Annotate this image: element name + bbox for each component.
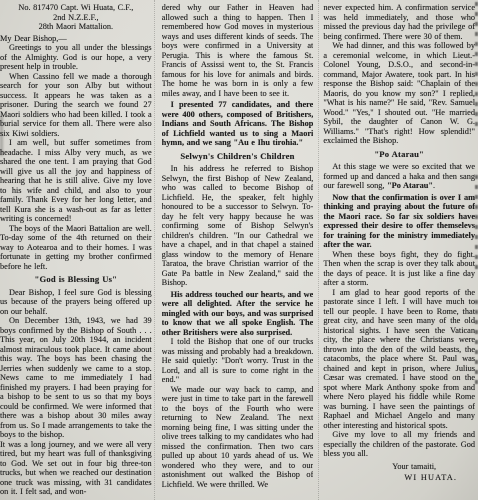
address-line: 28th Maori Mattalion.	[0, 22, 152, 32]
paragraph: It was a long journey, and we were all v…	[0, 440, 152, 497]
scanned-letter-page: No. 817470 Capt. Wi Huata, C.F.,2nd N.Z.…	[0, 0, 478, 500]
para-bold: Now that the confirmation is over I am t…	[323, 193, 475, 250]
paragraph: Dear Bishop, I feel sure God is blessing…	[0, 288, 152, 317]
paragraph: The boys of the Maori Battalion are well…	[0, 224, 152, 272]
section-heading-selwyns-children: Selwyn's Children's Children	[162, 152, 314, 162]
paragraph: We had dinner, and this was followed by …	[323, 41, 475, 146]
paragraph: At this stage we were so excited that we…	[323, 162, 475, 191]
para-bold: His address touched our hearts, and we w…	[162, 290, 314, 338]
paragraph: dered why our Father in Heaven had allow…	[162, 3, 314, 98]
scan-gutter-line	[318, 0, 320, 500]
section-heading-po-atarau: "Po Atarau"	[323, 150, 475, 160]
salutation: My Dear Bishop,—	[0, 34, 152, 44]
letter-columns: No. 817470 Capt. Wi Huata, C.F.,2nd N.Z.…	[2, 3, 475, 500]
para-bold: I presented 77 candidates, and there wer…	[162, 100, 314, 148]
text-segment: .	[433, 181, 435, 190]
paragraph: I am glad to hear good reports of the pa…	[323, 288, 475, 431]
paragraph: We made our way back to camp, and were j…	[162, 385, 314, 490]
paragraph: Greetings to you all under the blessings…	[0, 43, 152, 72]
column-3: never expected him. A confirmation servi…	[323, 3, 475, 500]
paragraph: On December 13th, 1943, we had 39 boys c…	[0, 316, 152, 440]
address-line: No. 817470 Capt. Wi Huata, C.F.,	[0, 3, 152, 13]
paragraph: When these boys fight, they do fight. Th…	[323, 250, 475, 288]
column-2: dered why our Father in Heaven had allow…	[162, 3, 314, 500]
paragraph: I told the Bishop that one of our trucks…	[162, 337, 314, 385]
signature: WI HUATA.	[323, 473, 475, 483]
paragraph: Give my love to all my friends and espec…	[323, 430, 475, 459]
address-line: 2nd N.Z.E.F.,	[0, 13, 152, 23]
column-1: No. 817470 Capt. Wi Huata, C.F.,2nd N.Z.…	[0, 3, 152, 500]
bold-text-segment: "Po Atarau"	[387, 181, 433, 190]
paragraph: I am well, but suffer sometimes from hea…	[0, 138, 152, 224]
section-heading-god-is-blessing-us: "God is Blessing Us"	[0, 275, 152, 285]
paragraph: never expected him. A confirmation servi…	[323, 3, 475, 41]
scan-smudge-artifact	[0, 116, 3, 156]
paragraph: When Cassino fell we made a thorough sea…	[0, 72, 152, 139]
scan-gutter-line	[154, 0, 156, 500]
sender-address: No. 817470 Capt. Wi Huata, C.F.,2nd N.Z.…	[0, 3, 152, 32]
paragraph: In his address he referred to Bishop Sel…	[162, 164, 314, 288]
signoff: Your tamaiti,	[323, 462, 475, 472]
